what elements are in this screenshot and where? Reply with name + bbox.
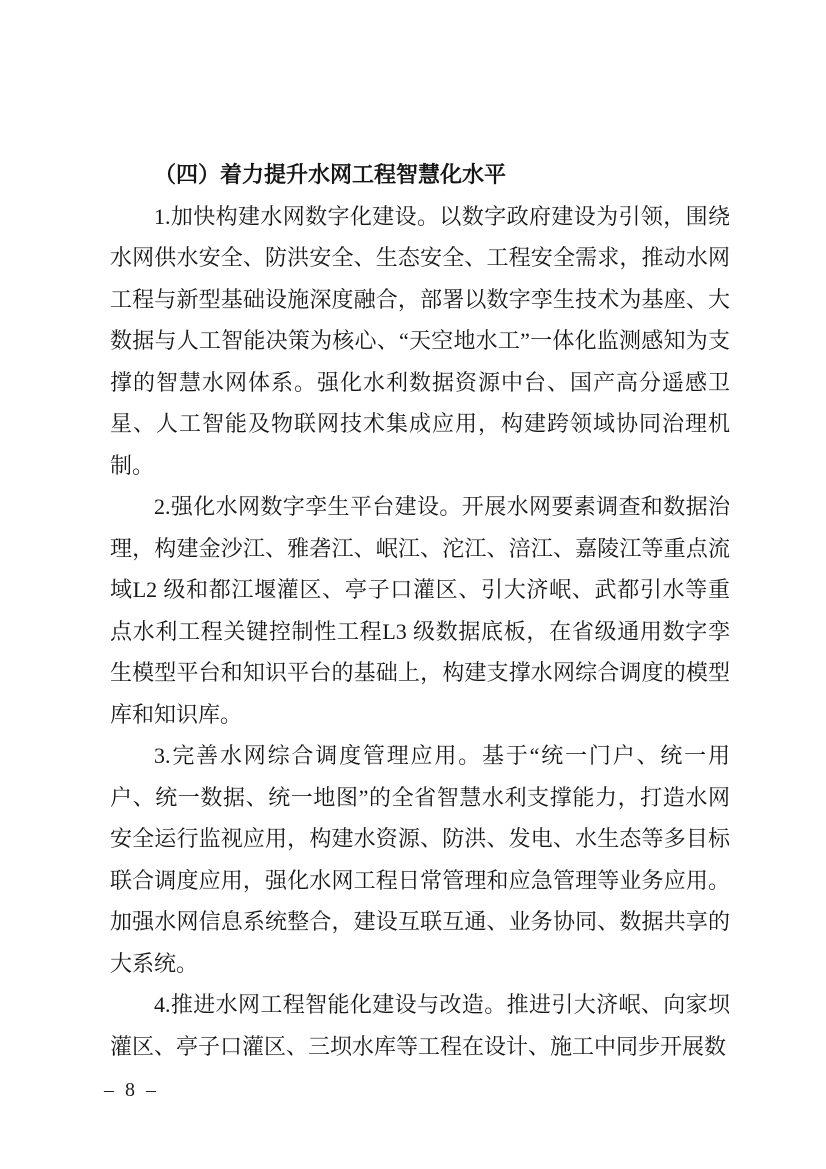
paragraph: 1.加快构建水网数字化建设。以数字政府建设为引领，围绕水网供水安全、防洪安全、生… bbox=[110, 196, 730, 487]
paragraph: 3.完善水网综合调度管理应用。基于“统一门户、统一用户、统一数据、统一地图”的全… bbox=[110, 735, 730, 984]
section-heading: （四）着力提升水网工程智慧化水平 bbox=[110, 154, 730, 196]
document-body: （四）着力提升水网工程智慧化水平 1.加快构建水网数字化建设。以数字政府建设为引… bbox=[110, 154, 730, 1067]
document-page: （四）着力提升水网工程智慧化水平 1.加快构建水网数字化建设。以数字政府建设为引… bbox=[0, 0, 826, 1169]
paragraph: 4.推进水网工程智能化建设与改造。推进引大济岷、向家坝灌区、亭子口灌区、三坝水库… bbox=[110, 984, 730, 1067]
page-number: – 8 – bbox=[104, 1076, 159, 1104]
paragraph: 2.强化水网数字孪生平台建设。开展水网要素调查和数据治理，构建金沙江、雅砻江、岷… bbox=[110, 486, 730, 735]
